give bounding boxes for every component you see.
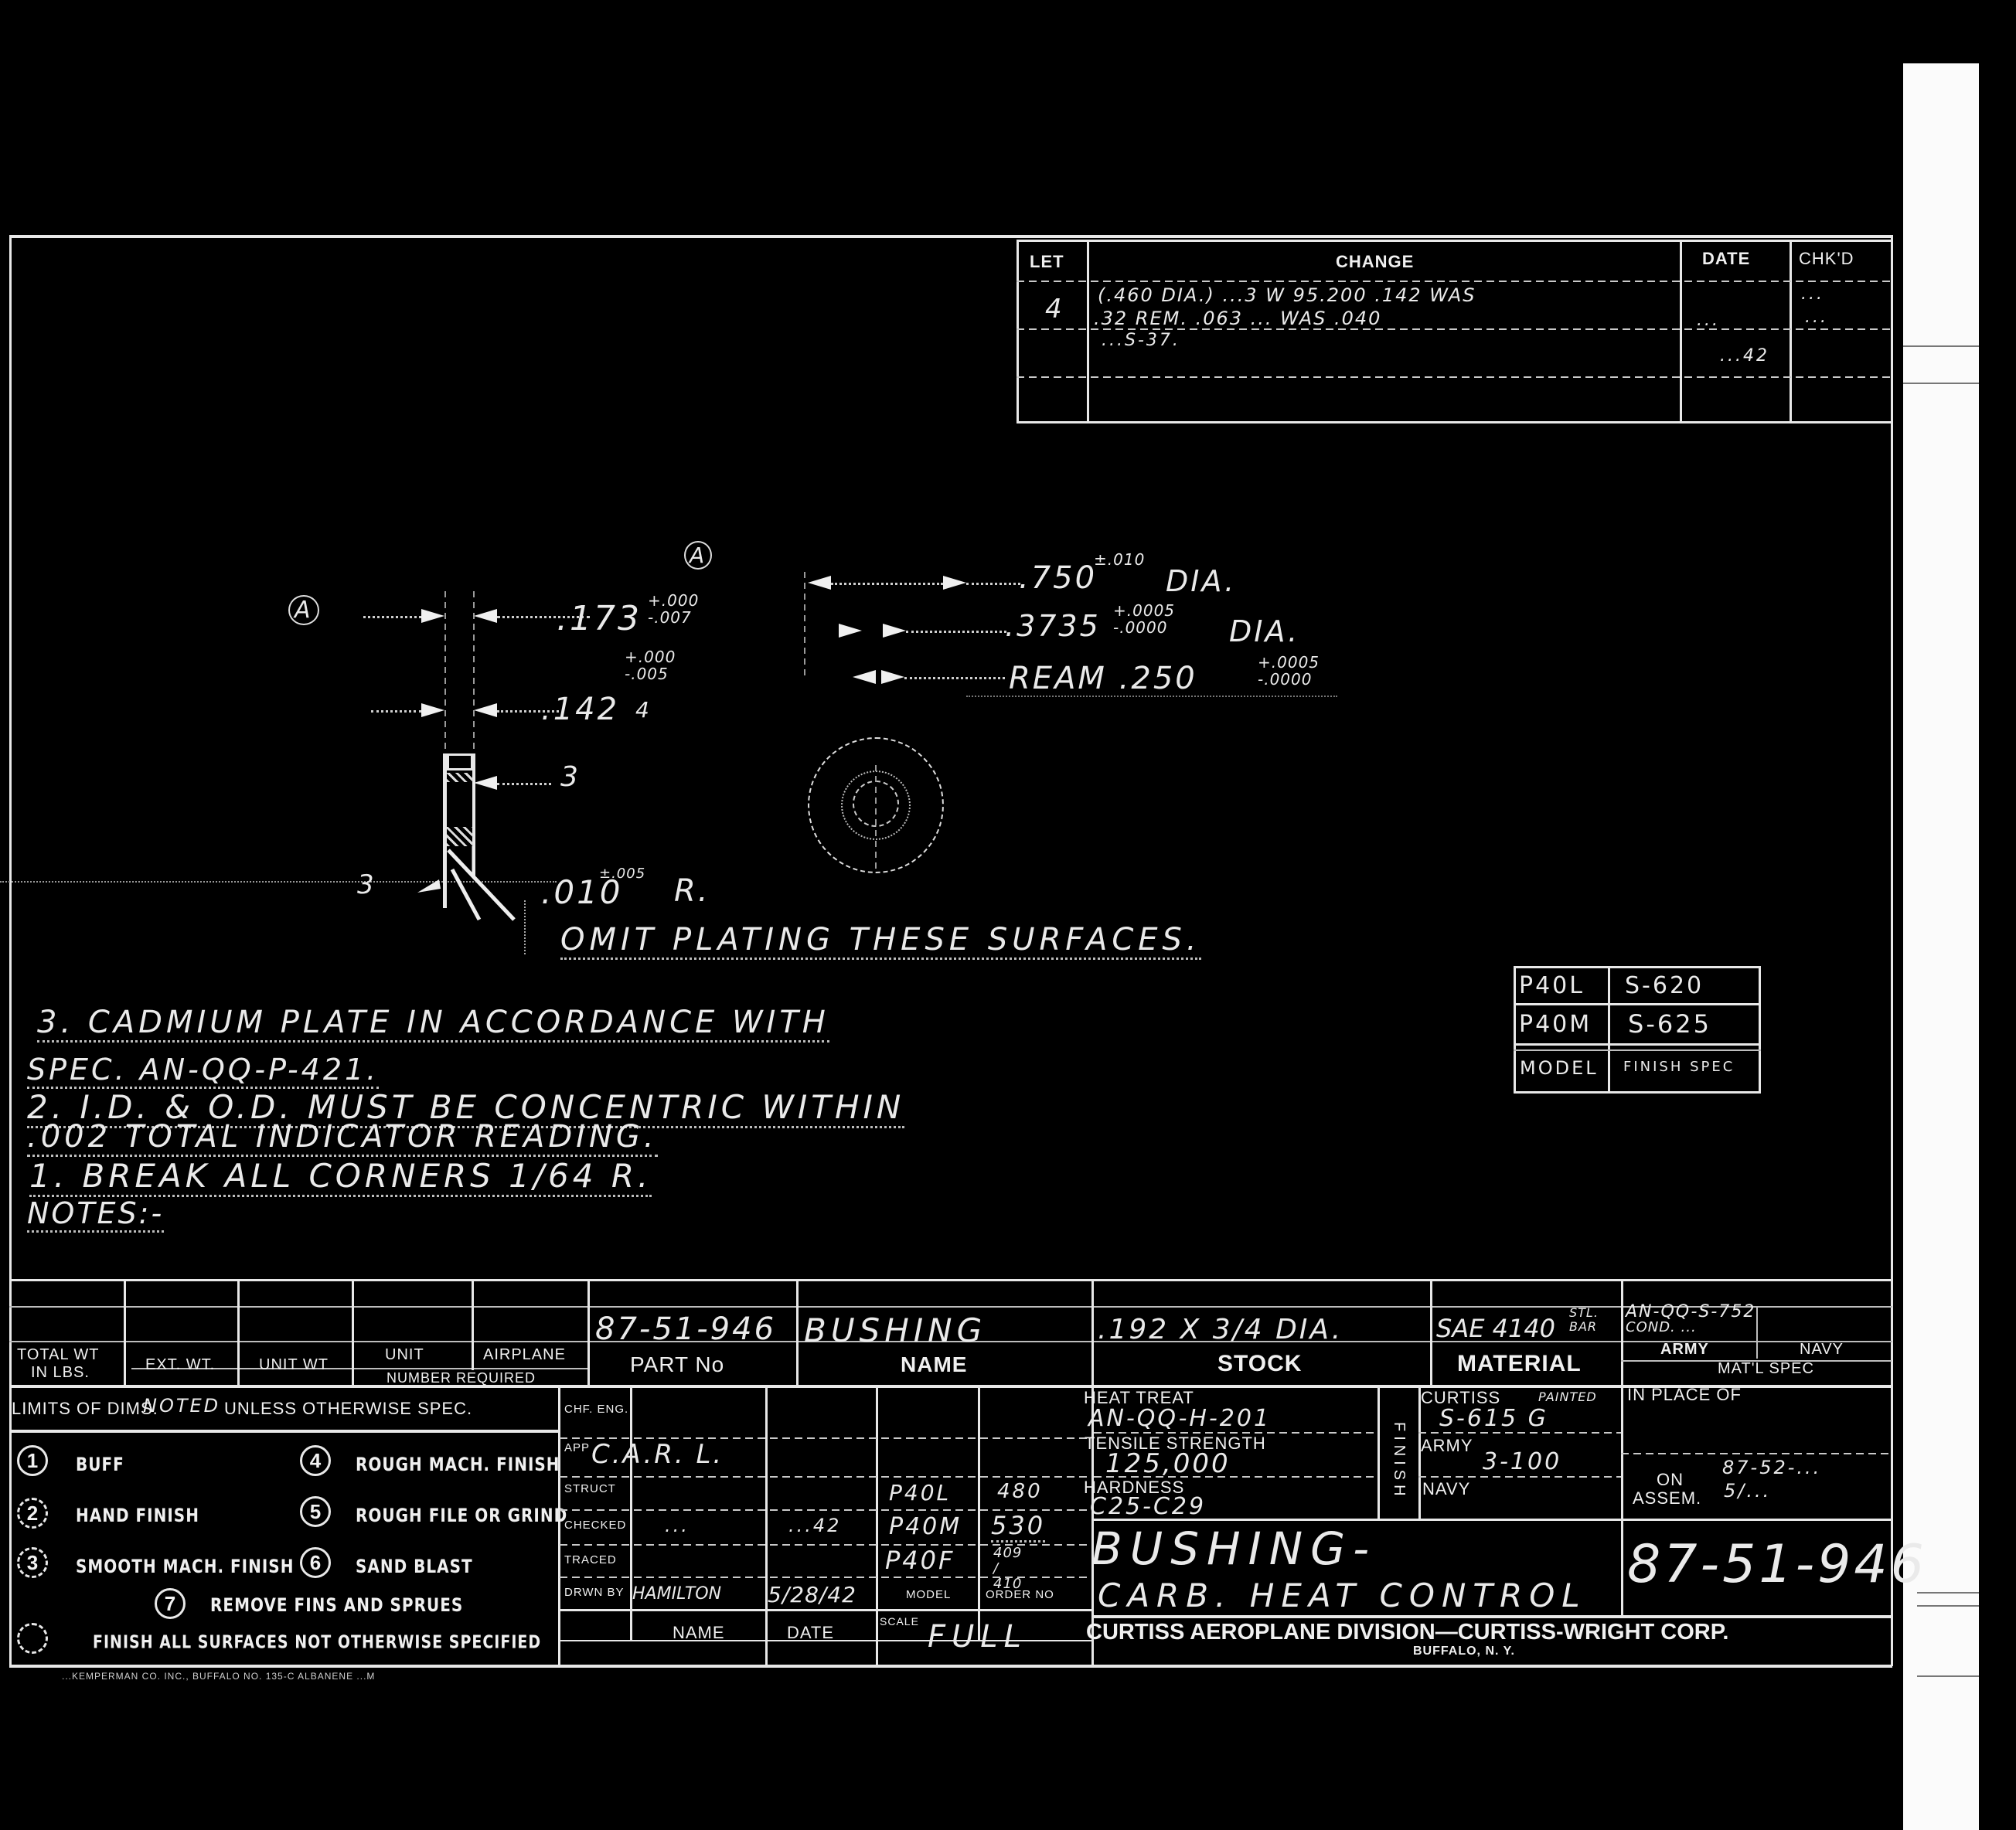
finish-symbol-4-label: ROUGH MACH. FINISH [356,1453,560,1475]
matl-navy-label: NAVY [1800,1341,1844,1359]
rev-checked-line2: ... [1805,308,1828,327]
total-wt-label: TOTAL WT [17,1346,100,1364]
model-row-2: P40M [889,1513,962,1540]
finish-symbol-2-icon: 2 [17,1498,48,1529]
total-wt-unit: IN LBS. [31,1364,90,1382]
dim-3735-suffix: DIA. [1229,614,1299,648]
border-bottom [9,1665,1892,1668]
finish-symbol-6-icon: 6 [300,1547,331,1578]
printer-imprint: ...KEMPERMAN CO. INC., BUFFALO NO. 135-C… [62,1671,375,1682]
dim-750-suffix: DIA. [1166,564,1236,598]
navy-finish-label: NAVY [1422,1479,1470,1499]
finish-spec-value-2: S-625 [1628,1009,1711,1039]
date-column-label: DATE [787,1623,834,1643]
stock-label: STOCK [1217,1351,1302,1377]
heat-treat-value: AN-QQ-H-201 [1088,1405,1271,1432]
curtiss-note: PAINTED [1538,1390,1597,1404]
dim-ream-tol-plus: +.0005 [1258,653,1320,672]
rev-header-change: CHANGE [1336,252,1414,272]
drawing-title-line2: CARB. HEAT CONTROL [1098,1577,1587,1614]
model-row-3: P40F [885,1546,955,1575]
dim-173-tol-minus: -.007 [648,608,692,627]
ext-wt-label: EXT. WT. [145,1356,215,1374]
rev-header-chkd: CHK'D [1799,249,1854,269]
unit-wt-label: UNIT WT [259,1356,329,1374]
finish-symbol-blank-icon [17,1623,48,1654]
limits-prefix: LIMITS OF DIMS. [12,1399,158,1419]
rev-letter: 4 [1045,294,1064,325]
on-assem-label-1: ON [1657,1470,1684,1490]
dim-173: .173 [557,599,642,638]
order-row-3: 409 / 410 [993,1546,1032,1592]
plate-note-mark: 3 [560,761,581,793]
drawn-name: HAMILTON [632,1584,721,1604]
drawn-date: 5/28/42 [768,1582,856,1607]
part-no-value: 87-51-946 [595,1311,776,1347]
rev-change-line1: (.460 DIA.) ...3 W 95.200 .142 WAS [1098,284,1476,306]
model-label: MODEL [906,1588,951,1601]
drawing-number: 87-51-946 [1627,1534,1927,1595]
finish-symbol-3-label: SMOOTH MACH. FINISH [76,1555,294,1577]
note-3-line2: SPEC. AN-QQ-P-421. [27,1053,379,1089]
airplane-label: AIRPLANE [483,1346,566,1364]
scale-label: SCALE [880,1615,919,1628]
finish-spec-header-model: MODEL [1520,1057,1599,1079]
finish-mark-3: 3 [357,869,376,900]
finish-all-text: FINISH ALL SURFACES NOT OTHERWISE SPECIF… [93,1632,541,1652]
checked-label: CHECKED [564,1519,626,1532]
rev-change-line2: .32 REM. .063 ... WAS .040 [1094,308,1381,329]
dim-142-note: 4 [635,697,652,723]
dim-750-tol: ±.010 [1094,550,1145,569]
finish-symbol-1-label: BUFF [76,1453,124,1475]
border-right [1891,235,1893,1666]
dim-ream: REAM .250 [1009,661,1197,696]
matl-spec-label: MAT'L SPEC [1718,1360,1814,1378]
note-1: 1. BREAK ALL CORNERS 1/64 R. [29,1157,652,1197]
drawing-title-line1: BUSHING- [1091,1522,1377,1575]
app-value: C.A.R. L. [591,1439,724,1470]
finish-spec-model-1: P40L [1519,972,1585,999]
dim-010-suffix: R. [674,873,710,909]
dim-142-tol-minus: -.005 [625,665,669,683]
finish-symbol-4-icon: 4 [300,1445,331,1476]
stock-value: .192 X 3/4 DIA. [1098,1314,1343,1345]
hardness-value: C25-C29 [1090,1493,1206,1520]
dim-ream-tol-minus: -.0000 [1258,670,1312,689]
section-marker-left: A [288,595,319,625]
model-row-1: P40L [889,1480,951,1505]
border-top [9,235,1892,238]
order-no-label: ORDER NO [986,1588,1054,1601]
finish-symbol-1-icon: 1 [17,1445,48,1476]
finish-symbol-5-label: ROUGH FILE OR GRIND [356,1504,567,1526]
app-label: APP [564,1441,590,1454]
notes-heading: NOTES:- [27,1196,164,1233]
dim-3735-tol-plus: +.0005 [1113,601,1175,620]
section-marker-top: A [684,541,712,570]
rev-change-line3: ...S-37. [1102,331,1180,350]
company-name: CURTISS AEROPLANE DIVISION—CURTISS-WRIGH… [1086,1620,1728,1645]
on-assem-label-2: ASSEM. [1633,1488,1701,1509]
finish-spec-model-2: P40M [1519,1011,1592,1038]
omit-plating-note: OMIT PLATING THESE SURFACES. [560,922,1201,960]
traced-label: TRACED [564,1553,617,1566]
material-value: SAE 4140 [1436,1314,1555,1343]
finish-vertical-label: FINISH [1390,1422,1408,1501]
finish-symbol-7-label: REMOVE FINS AND SPRUES [210,1594,463,1616]
army-finish-value: 3-100 [1483,1448,1561,1475]
curtiss-value: S-615 G [1439,1405,1548,1432]
name-value: BUSHING [804,1311,986,1349]
dim-142: .142 [541,692,619,727]
on-assem-value-1: 87-52-... [1722,1457,1821,1478]
dim-3735-tol-minus: -.0000 [1113,618,1167,637]
company-location: BUFFALO, N. Y. [1413,1645,1515,1658]
finish-spec-value-1: S-620 [1625,972,1704,999]
finish-symbol-3-icon: 3 [17,1547,48,1578]
name-column-label: NAME [673,1623,725,1643]
paper-edge-rule [1917,1605,1979,1607]
matl-spec-cond: COND. ... [1626,1319,1697,1335]
rev-checked: ... [1801,284,1824,304]
struct-label: STRUCT [564,1482,616,1495]
dim-173-tol-plus: +.000 [648,591,699,610]
leader-line [524,900,527,954]
rev-date: ... [1697,311,1720,330]
finish-symbol-7-icon: 7 [155,1588,186,1619]
border-left [9,235,12,1666]
paper-edge-rule [1903,345,1979,347]
on-assem-value-2: 5/... [1724,1480,1771,1502]
order-row-1: 480 [997,1480,1043,1503]
material-suffix: STL. BAR [1569,1306,1608,1334]
rev-header-date: DATE [1702,249,1750,269]
finish-spec-header-spec: FINISH SPEC [1623,1059,1735,1075]
dim-750: .750 [1019,560,1097,596]
rev-header-let: LET [1030,252,1064,272]
dim-142-tol-plus: +.000 [625,648,676,666]
checked-name: ... [665,1515,690,1536]
finish-symbol-6-label: SAND BLAST [356,1555,473,1577]
in-place-of-label: IN PLACE OF [1627,1385,1742,1405]
name-label: NAME [901,1352,967,1377]
order-row-2: 530 [991,1511,1045,1543]
limits-hand: NOTED [143,1395,220,1417]
paper-edge-rule [1917,1675,1979,1677]
finish-symbol-2-label: HAND FINISH [76,1504,199,1526]
material-label: MATERIAL [1457,1351,1582,1377]
chf-eng-label: CHF. ENG. [564,1403,628,1416]
drawn-by-label: DRWN BY [564,1586,625,1599]
paper-edge-rule [1903,383,1979,384]
army-finish-label: ARMY [1421,1436,1473,1456]
dim-3735: .3735 [1005,609,1101,643]
finish-symbol-5-icon: 5 [300,1496,331,1527]
checked-date: ...42 [788,1515,841,1536]
scale-value: FULL [928,1619,1027,1655]
rev-date-line2: ...42 [1720,346,1769,366]
tensile-value: 125,000 [1105,1448,1231,1479]
dim-010-tol: ±.005 [599,866,645,882]
matl-army-label: ARMY [1660,1341,1709,1359]
part-no-label: PART No [630,1352,724,1377]
note-2-line2: .002 TOTAL INDICATOR READING. [27,1119,658,1157]
limits-suffix: UNLESS OTHERWISE SPEC. [224,1399,472,1419]
unit-label: UNIT [385,1346,424,1364]
number-required-label: NUMBER REQUIRED [387,1370,536,1386]
note-3-line1: 3. CADMIUM PLATE IN ACCORDANCE WITH [37,1005,829,1043]
